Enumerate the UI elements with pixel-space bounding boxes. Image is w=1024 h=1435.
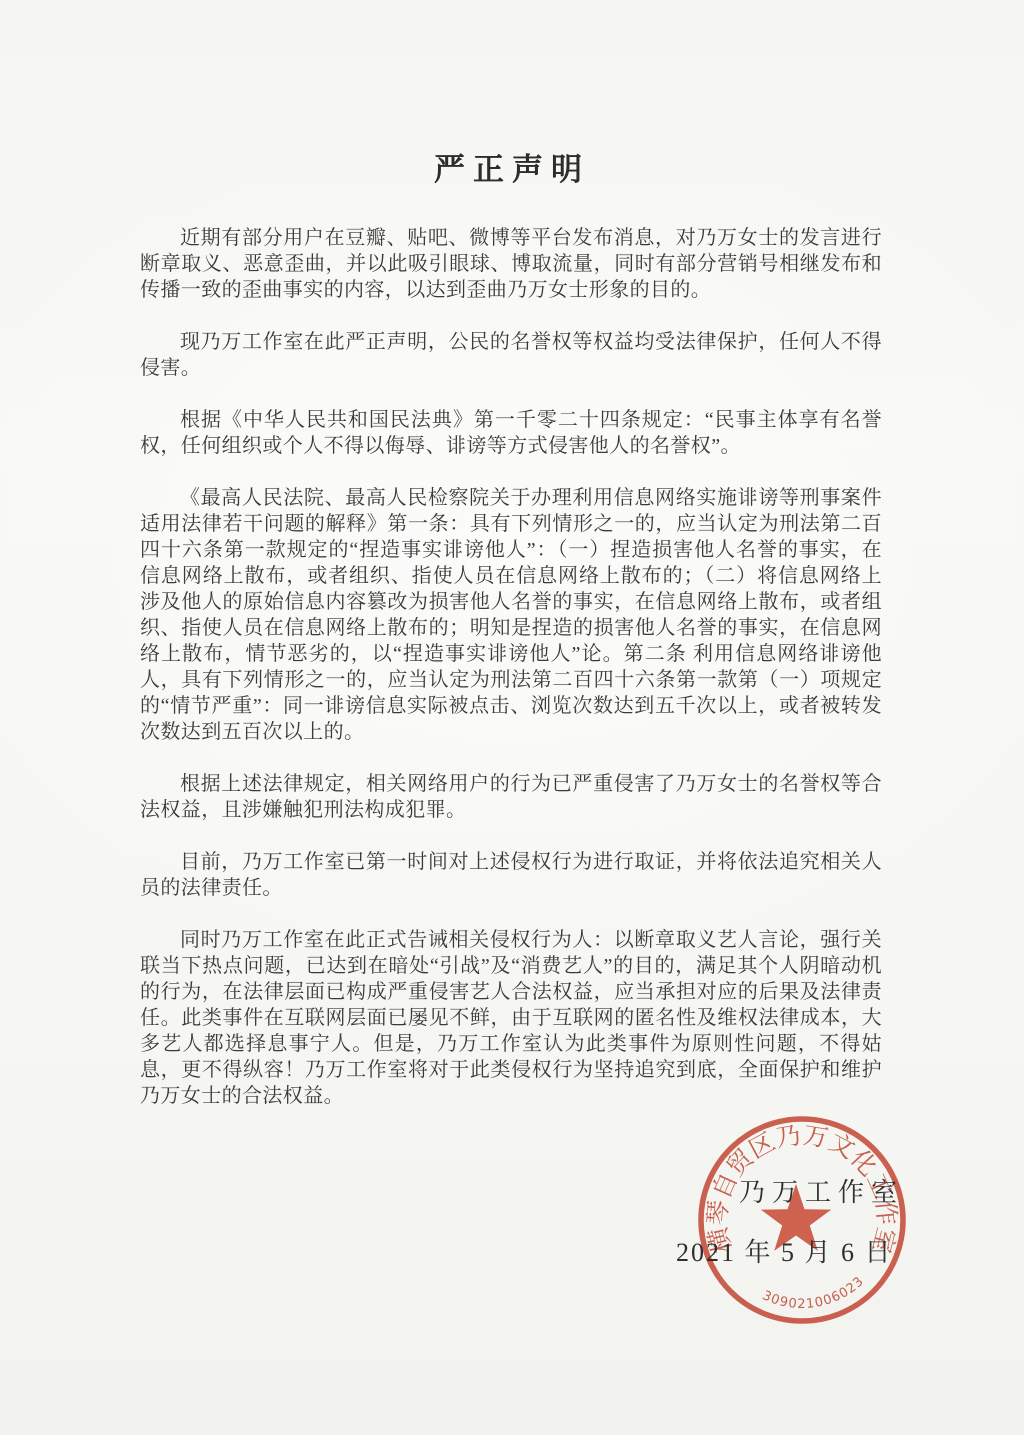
- statement-paragraph: 根据上述法律规定，相关网络用户的行为已严重侵害了乃万女士的名誉权等合法权益，且涉…: [140, 771, 882, 823]
- scanned-statement-page: 严正声明 近期有部分用户在豆瓣、贴吧、微博等平台发布消息，对乃万女士的发言进行断…: [0, 0, 1024, 1435]
- signature-date: 2021 年 5 月 6 日: [676, 1232, 893, 1269]
- statement-paragraph: 根据《中华人民共和国民法典》第一千零二十四条规定：“民事主体享有名誉权，任何组织…: [140, 407, 882, 459]
- statement-paragraph: 现乃万工作室在此严正声明，公民的名誉权等权益均受法律保护，任何人不得侵害。: [140, 329, 882, 381]
- statement-body: 近期有部分用户在豆瓣、贴吧、微博等平台发布消息，对乃万女士的发言进行断章取义、恶…: [0, 189, 1024, 1109]
- statement-paragraph: 《最高人民法院、最高人民检察院关于办理利用信息网络实施诽谤等刑事案件适用法律若干…: [140, 485, 882, 745]
- signature-name: 乃万工作室: [739, 1172, 904, 1209]
- statement-paragraph: 目前，乃万工作室已第一时间对上述侵权行为进行取证，并将依法追究相关人员的法律责任…: [140, 849, 882, 901]
- statement-paragraph: 近期有部分用户在豆瓣、贴吧、微博等平台发布消息，对乃万女士的发言进行断章取义、恶…: [140, 225, 882, 303]
- statement-paragraph: 同时乃万工作室在此正式告诫相关侵权行为人：以断章取义艺人言论，强行关联当下热点问…: [140, 927, 882, 1109]
- page-title: 严正声明: [0, 0, 1024, 189]
- official-seal-stamp-icon: 横琴自贸区乃万文化工作室 33090210060232: [694, 1112, 910, 1328]
